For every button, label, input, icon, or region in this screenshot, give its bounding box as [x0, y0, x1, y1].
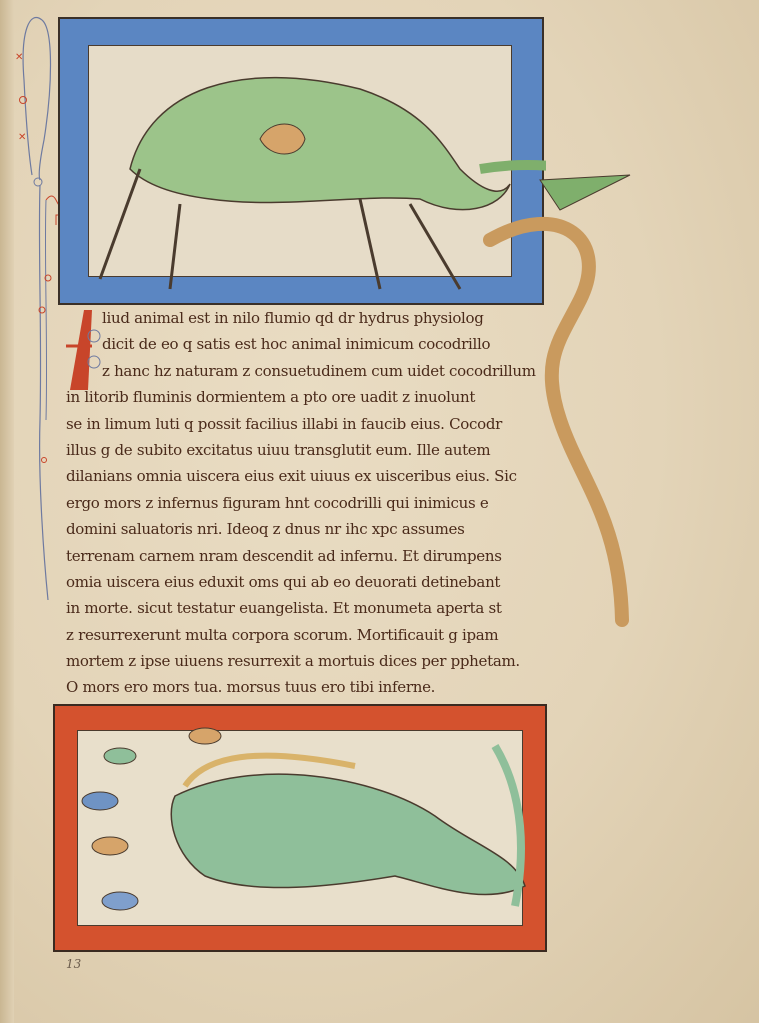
text-line: z resurrexerunt multa corpora scorum. Mo…: [66, 622, 546, 648]
top-illustration: [58, 17, 544, 305]
text-line: in litorib fluminis dormientem a pto ore…: [66, 384, 546, 410]
text-line: se in limum luti q possit facilius illab…: [66, 411, 546, 437]
svg-text:✕: ✕: [18, 132, 26, 143]
text-line: terrenam carnem nram descendit ad infern…: [66, 543, 546, 569]
hydra-icon: [55, 706, 549, 954]
text-line: O mors ero mors tua. morsus tuus ero tib…: [66, 674, 546, 700]
text-line: liud animal est in nilo flumio qd dr hyd…: [66, 305, 546, 331]
text-line: omia uiscera eius eduxit oms qui ab eo d…: [66, 569, 546, 595]
crocodile-and-hydrus-icon: [60, 19, 546, 307]
text-line: illus g de subito excitatus uiuu transgl…: [66, 437, 546, 463]
manuscript-text: liud animal est in nilo flumio qd dr hyd…: [66, 305, 546, 701]
svg-text:✕: ✕: [15, 52, 23, 63]
folio-number: 13: [66, 957, 81, 971]
text-line: mortem z ipse uiuens resurrexit a mortui…: [66, 648, 546, 674]
text-line: dilanians omnia uiscera eius exit uiuus …: [66, 463, 546, 489]
text-line: dicit de eo q satis est hoc animal inimi…: [66, 331, 546, 357]
text-line: domini saluatoris nri. Ideoq z dnus nr i…: [66, 516, 546, 542]
text-line: in morte. sicut testatur euangelista. Et…: [66, 595, 546, 621]
text-line: ergo mors z infernus figuram hnt cocodri…: [66, 490, 546, 516]
text-line: z hanc hz naturam z consuetudinem cum ui…: [66, 358, 546, 384]
bottom-illustration: [53, 704, 547, 952]
